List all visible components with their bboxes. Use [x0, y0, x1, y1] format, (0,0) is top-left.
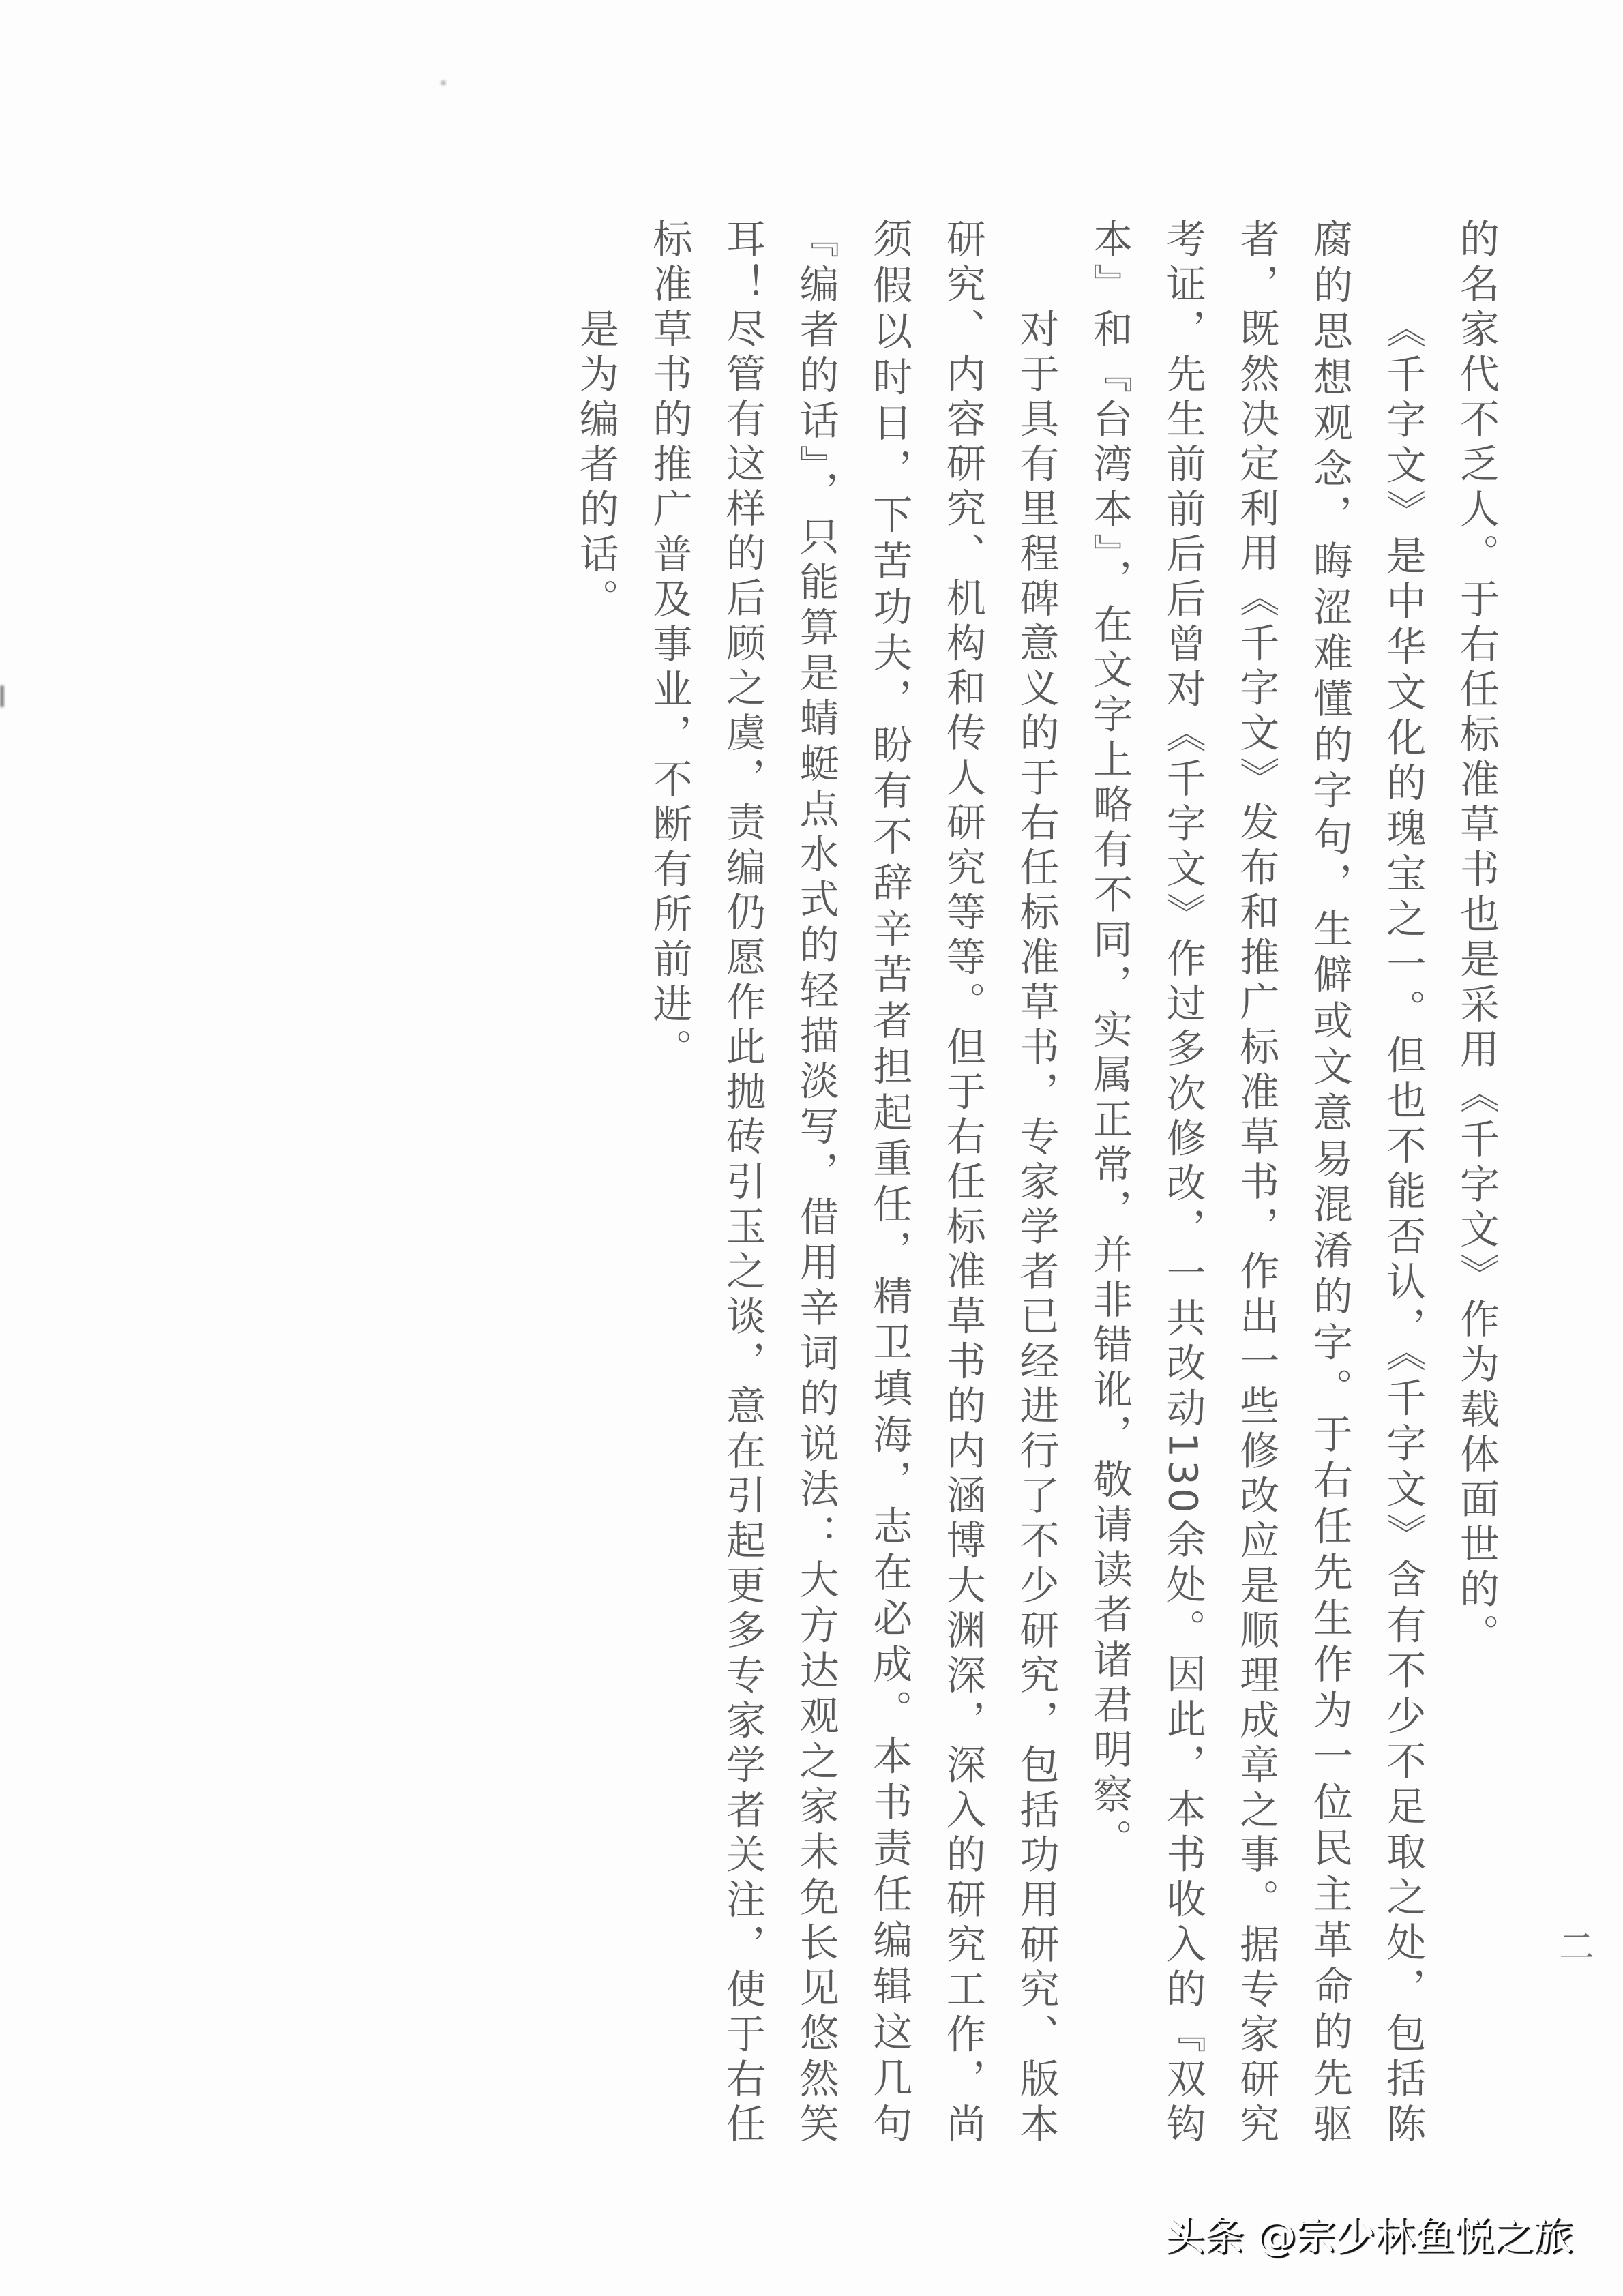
text-column: 考证，先生前前后后曾对《千字文》作过多次修改，一共改动130余处。因此，本书收入… — [1159, 218, 1207, 2145]
text-column-paragraph-start: 是为编者的话。 — [572, 218, 620, 2145]
text-column-paragraph-start: 对于具有里程碑意义的于右任标准草书，专家学者已经进行了不少研究，包括功用研究、版… — [1012, 218, 1060, 2145]
page-number: 二 — [1559, 1930, 1594, 1965]
scan-artifact-dot — [441, 80, 446, 85]
text-column: 标准草书的推广普及事业，不断有所前进。 — [645, 218, 693, 2145]
watermark: 头条 @宗少林鱼悦之旅 — [1165, 2216, 1573, 2256]
text-column: 研究、内容研究、机构和传人研究等等。但于右任标准草书的内涵博大渊深，深入的研究工… — [939, 218, 987, 2145]
text-column: 者，既然决定利用《千字文》发布和推广标准草书，作出一些修改应是顺理成章之事。据专… — [1232, 218, 1280, 2145]
text-column: 耳！尽管有这样的后顾之虞，责编仍愿作此抛砖引玉之谈，意在引起更多专家学者关注，使… — [719, 218, 766, 2145]
text-column: 须假以时日，下苦功夫，盼有不辞辛苦者担起重任，精卫填海，志在必成。本书责任编辑这… — [865, 218, 913, 2145]
text-column: 的名家代不乏人。于右任标准草书也是采用《千字文》作为载体面世的。 — [1453, 218, 1500, 2145]
text-column: 腐的思想观念，晦涩难懂的字句，生僻或文意易混淆的字。于右任先生作为一位民主革命的… — [1306, 218, 1354, 2145]
vertical-text-body: 的名家代不乏人。于右任标准草书也是采用《千字文》作为载体面世的。 《千字文》是中… — [572, 218, 1500, 2145]
book-page: 的名家代不乏人。于右任标准草书也是采用《千字文》作为载体面世的。 《千字文》是中… — [0, 0, 1623, 2296]
text-column: 『编者的话』，只能算是蜻蜓点水式的轻描淡写，借用辛词的说法：大方达观之家未免长见… — [792, 218, 840, 2145]
text-column: 本』和『台湾本』，在文字上略有不同，实属正常，并非错讹，敬请读者诸君明察。 — [1086, 218, 1133, 2145]
text-column-paragraph-start: 《千字文》是中华文化的瑰宝之一。但也不能否认，《千字文》含有不少不足取之处，包括… — [1379, 218, 1427, 2145]
scan-artifact-edge-mark — [0, 685, 4, 707]
